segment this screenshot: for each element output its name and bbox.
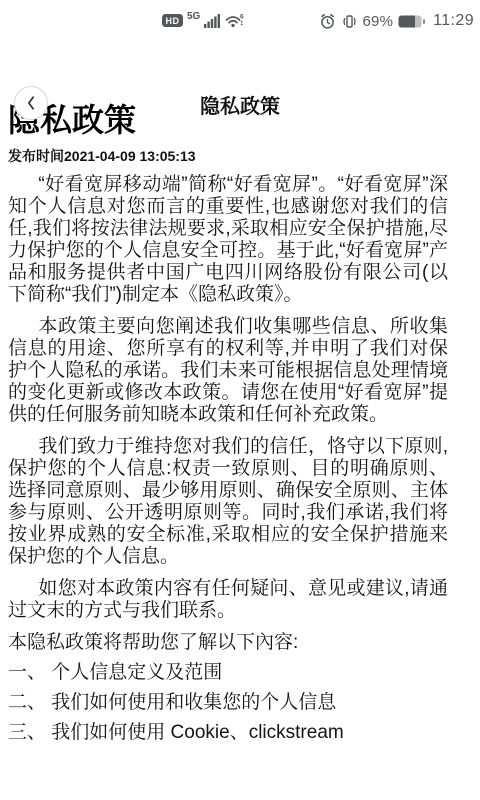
toc-item: 二、 我们如何使用和收集您的个人信息 (8, 692, 448, 714)
network-type-label: 5G (187, 12, 200, 22)
toc-intro: 本隐私政策将帮助您了解以下內容: (8, 632, 448, 654)
toc-item: 一、 个人信息定义及范围 (8, 662, 448, 684)
publish-date: 发布时间2021-04-09 13:05:13 (8, 148, 448, 164)
policy-paragraph: 我们致力于维持您对我们的信任，恪守以下原则,保护您的个人信息:权责一致原则、目的… (8, 436, 448, 568)
battery-percent: 69% (363, 13, 394, 30)
status-bar: HD 5G 6 69% (0, 0, 480, 40)
clock-time: 11:29 (433, 12, 474, 30)
svg-text:6: 6 (240, 14, 244, 21)
toc-item: 三、 我们如何使用 Cookie、clickstream (8, 722, 448, 744)
app-header: 隐私政策 (0, 40, 480, 96)
status-right-cluster: 69% 11:29 (319, 12, 474, 30)
phone-screen: { "status_bar": { "hd_label": "HD", "net… (0, 0, 480, 800)
signal-strength-icon (204, 14, 221, 28)
vibrate-mode-icon (341, 14, 358, 29)
status-left-cluster: HD 5G 6 (162, 13, 245, 28)
header-title: 隐私政策 (0, 90, 480, 119)
alarm-clock-icon (319, 13, 336, 30)
policy-paragraph: 如您对本政策内容有任何疑问、意见或建议,请通过文末的方式与我们联系。 (8, 578, 448, 622)
policy-paragraph: 本政策主要向您阐述我们收集哪些信息、所收集信息的用途、您所享有的权利等,并申明了… (8, 316, 448, 426)
battery-icon (398, 15, 425, 28)
policy-paragraph: “好看宽屏移动端”简称“好看宽屏”。“好看宽屏”深知个人信息对您而言的重要性,也… (8, 174, 448, 306)
hd-badge: HD (162, 14, 183, 27)
policy-scroll-area[interactable]: 隐私政策 发布时间2021-04-09 13:05:13 “好看宽屏移动端”简称… (0, 96, 480, 744)
wifi6-icon: 6 (225, 13, 245, 28)
